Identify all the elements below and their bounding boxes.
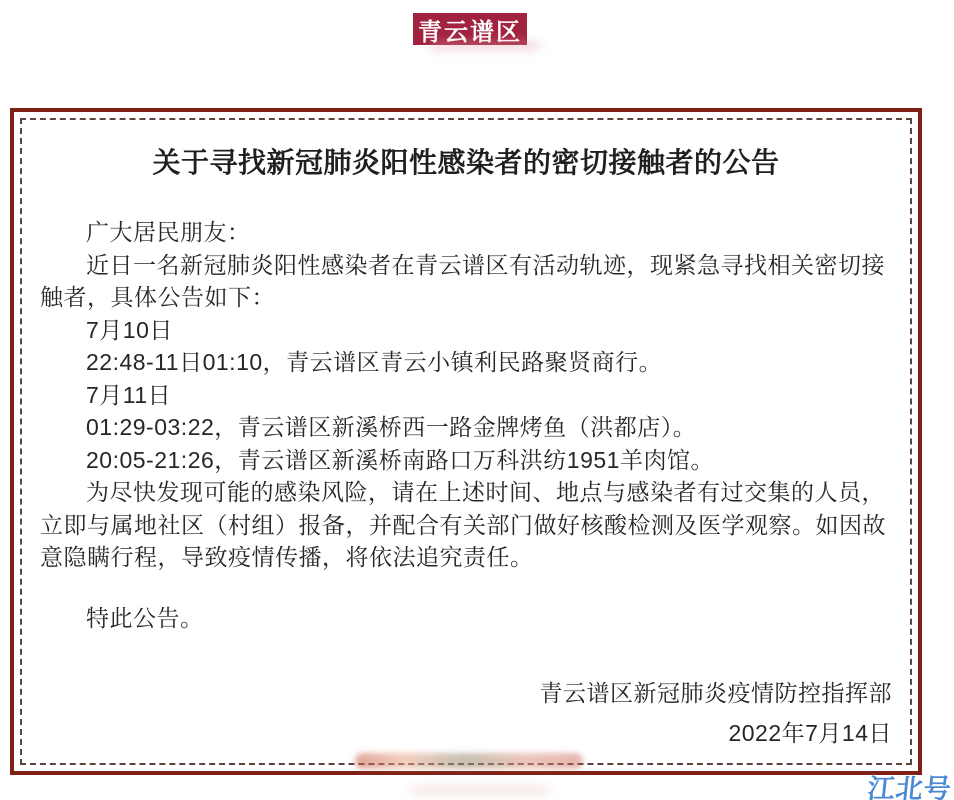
signature: 青云谱区新冠肺炎疫情防控指挥部 <box>40 678 892 708</box>
signature-block: 青云谱区新冠肺炎疫情防控指挥部 2022年7月14日 <box>40 678 892 748</box>
blur-artifact <box>355 753 583 769</box>
notice-body: 广大居民朋友：近日一名新冠肺炎阳性感染者在青云谱区有活动轨迹，现紧急寻找相关密切… <box>40 216 892 634</box>
badge-blur-artifact <box>430 42 540 50</box>
notice-paragraph: 22:48-11日01:10，青云谱区青云小镇利民路聚贤商行。 <box>40 346 892 379</box>
notice-date: 2022年7月14日 <box>40 718 892 748</box>
notice-paragraph: 近日一名新冠肺炎阳性感染者在青云谱区有活动轨迹，现紧急寻找相关密切接触者，具体公… <box>40 249 892 314</box>
district-badge: 青云谱区 <box>413 13 527 45</box>
notice-paragraph: 特此公告。 <box>40 602 892 635</box>
notice-inner-frame: 关于寻找新冠肺炎阳性感染者的密切接触者的公告 广大居民朋友：近日一名新冠肺炎阳性… <box>20 118 912 765</box>
notice-paragraph: 01:29-03:22，青云谱区新溪桥西一路金牌烤鱼（洪都店）。 <box>40 411 892 444</box>
notice-title: 关于寻找新冠肺炎阳性感染者的密切接触者的公告 <box>40 146 892 180</box>
notice-paragraph: 7月10日 <box>40 314 892 347</box>
notice-paragraph: 为尽快发现可能的感染风险，请在上述时间、地点与感染者有过交集的人员，立即与属地社… <box>40 476 892 574</box>
blur-artifact <box>410 786 550 795</box>
notice-paragraph: 7月11日 <box>40 379 892 412</box>
notice-paragraph: 广大居民朋友： <box>40 216 892 249</box>
notice-box: 关于寻找新冠肺炎阳性感染者的密切接触者的公告 广大居民朋友：近日一名新冠肺炎阳性… <box>10 108 922 775</box>
jiangbei-watermark: 江北号 <box>866 767 954 800</box>
notice-paragraph: 20:05-21:26，青云谱区新溪桥南路口万科洪纺1951羊肉馆。 <box>40 444 892 477</box>
page: 青云谱区 关于寻找新冠肺炎阳性感染者的密切接触者的公告 广大居民朋友：近日一名新… <box>0 0 954 800</box>
